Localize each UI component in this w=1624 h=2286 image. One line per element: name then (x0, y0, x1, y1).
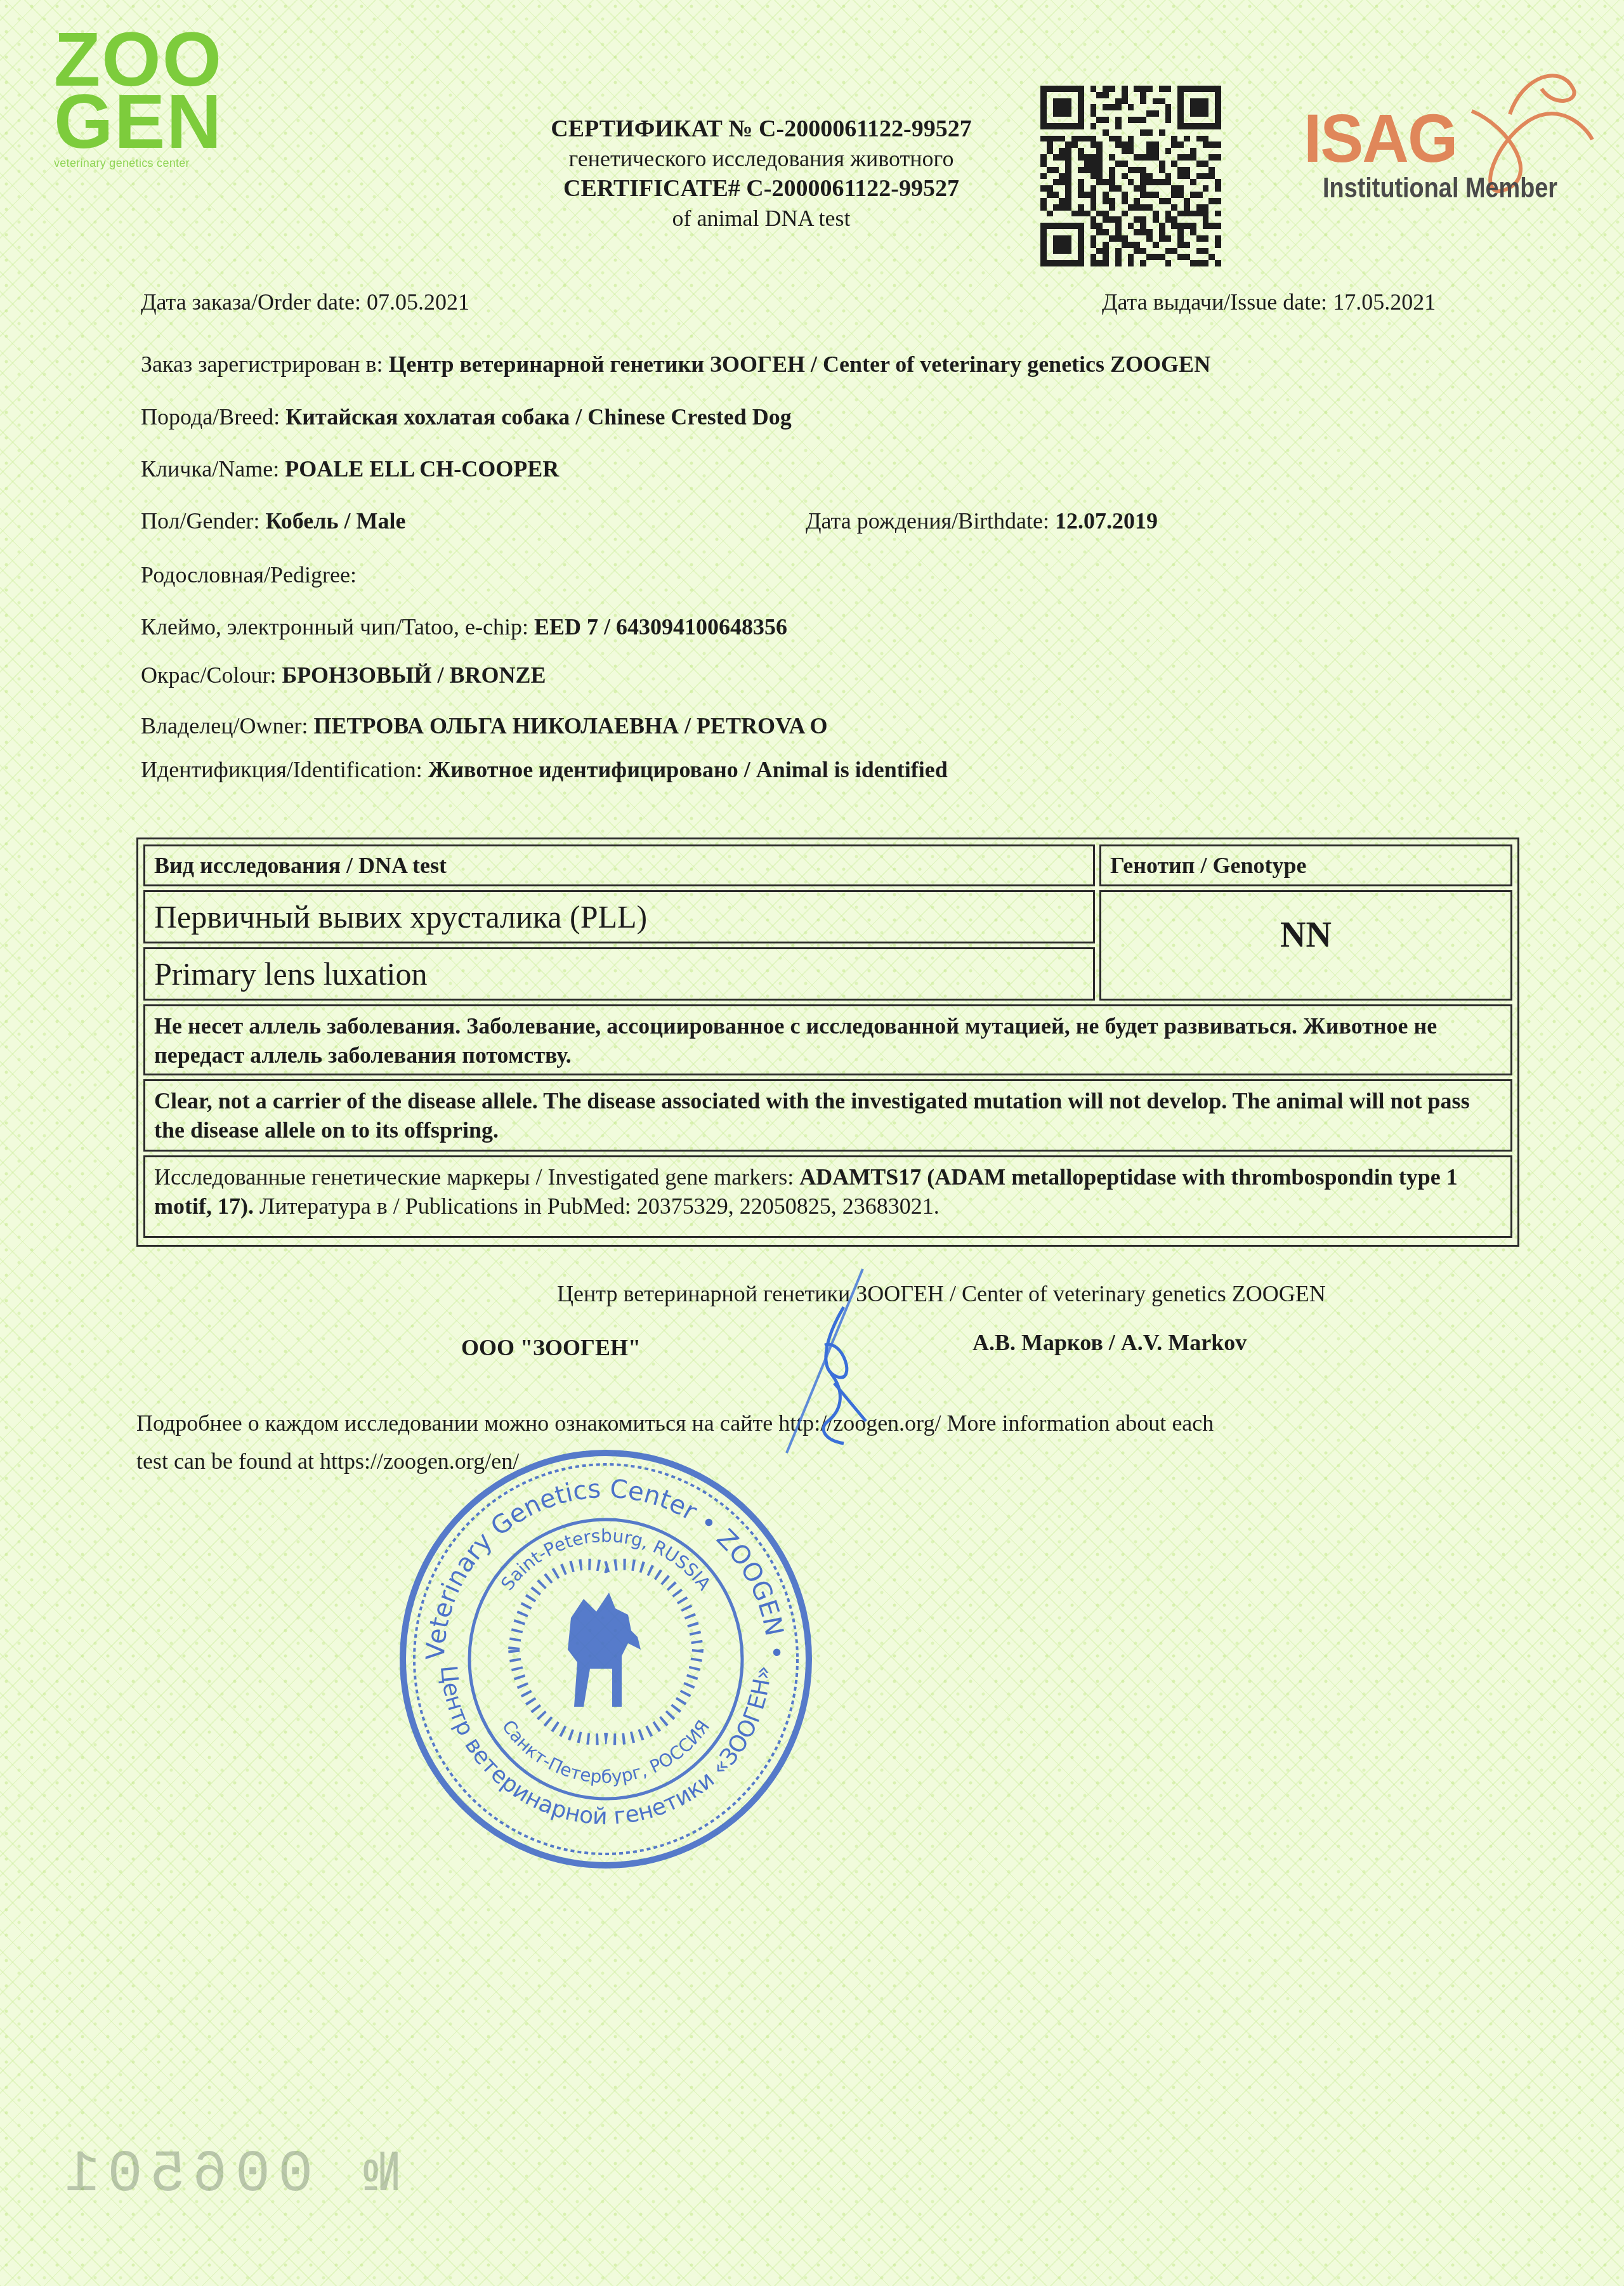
name-row: Кличка/Name: POALE ELL CH-COOPER (141, 456, 559, 482)
name-value: POALE ELL CH-COOPER (285, 456, 559, 482)
svg-text:Saint-Petersburg, RUSSIA: Saint-Petersburg, RUSSIA (497, 1525, 715, 1594)
order-date-value: 07.05.2021 (367, 289, 469, 315)
certificate-title: СЕРТИФИКАТ № C-2000061122-99527 генетиче… (495, 114, 1028, 233)
order-date-row: Дата заказа/Order date: 07.05.2021 (141, 289, 469, 315)
logo-line-gen: GEN (54, 91, 251, 153)
colour-row: Окрас/Colour: БРОНЗОВЫЙ / BRONZE (141, 662, 546, 688)
header-dna-test: Вид исследования / DNA test (143, 844, 1095, 886)
info-line-1: Подробнее о каждом исследовании можно оз… (136, 1410, 1214, 1436)
pedigree-row: Родословная/Pedigree: (141, 562, 357, 588)
identification-label: Идентификция/Identification: (141, 757, 422, 782)
owner-value: ПЕТРОВА ОЛЬГА НИКОЛАЕВНА / PETROVA O (313, 713, 827, 739)
registered-label: Заказ зарегистрирован в: (141, 351, 383, 377)
gene-markers-cell: Исследованные генетические маркеры / Inv… (143, 1155, 1512, 1238)
chip-row: Клеймо, электронный чип/Tatoo, e-chip: E… (141, 614, 787, 640)
breed-value: Китайская хохлатая собака / Chinese Cres… (285, 404, 791, 430)
registered-row: Заказ зарегистрирован в: Центр ветеринар… (141, 351, 1210, 378)
genotype-result: NN (1099, 890, 1512, 1001)
issue-date-label: Дата выдачи/Issue date: (1102, 289, 1327, 315)
chip-value: EED 7 / 643094100648356 (534, 614, 787, 640)
title-en-subtitle: of animal DNA test (495, 204, 1028, 233)
serial-number: № 006501 (57, 2141, 398, 2208)
result-description-ru: Не несет аллель заболевания. Заболевание… (143, 1004, 1512, 1075)
order-date-label: Дата заказа/Order date: (141, 289, 361, 315)
title-ru-subtitle: генетического исследования животного (495, 144, 1028, 174)
owner-label: Владелец/Owner: (141, 713, 308, 739)
zoogen-logo: ZOO GEN veterinary genetics center (54, 29, 251, 170)
birthdate-row: Дата рождения/Birthdate: 12.07.2019 (806, 508, 1158, 534)
markers-label: Исследованные генетические маркеры / Inv… (154, 1164, 794, 1190)
title-en-number: CERTIFICATE# C-2000061122-99527 (495, 174, 1028, 204)
signer-name: А.В. Марков / A.V. Markov (972, 1329, 1247, 1356)
dna-test-table: Вид исследования / DNA test Генотип / Ge… (136, 838, 1519, 1247)
publications-label: Литература в / Publications in PubMed: (259, 1193, 631, 1219)
signature-icon (749, 1263, 952, 1466)
breed-row: Порода/Breed: Китайская хохлатая собака … (141, 404, 792, 430)
gender-row: Пол/Gender: Кобель / Male (141, 508, 405, 534)
name-label: Кличка/Name: (141, 456, 279, 482)
qr-code-icon (1040, 86, 1221, 266)
owner-row: Владелец/Owner: ПЕТРОВА ОЛЬГА НИКОЛАЕВНА… (141, 713, 827, 739)
header-genotype: Генотип / Genotype (1099, 844, 1512, 886)
pedigree-label: Родословная/Pedigree: (141, 562, 357, 588)
birthdate-value: 12.07.2019 (1055, 508, 1158, 534)
publications-value: 20375329, 22050825, 23683021. (637, 1193, 940, 1219)
test-name-en: Primary lens luxation (143, 947, 1095, 1001)
identification-row: Идентификция/Identification: Животное ид… (141, 756, 948, 783)
official-stamp-icon: Veterinary Genetics Center • ZOOGEN • Це… (387, 1440, 825, 1878)
identification-value: Животное идентифицировано / Animal is id… (428, 757, 948, 782)
issue-date-value: 17.05.2021 (1333, 289, 1436, 315)
registered-value: Центр ветеринарной генетики ЗООГЕН / Cen… (389, 351, 1211, 377)
gender-value: Кобель / Male (265, 508, 405, 534)
gender-label: Пол/Gender: (141, 508, 259, 534)
isag-member-label: Institutional Member (1323, 173, 1557, 204)
title-ru-number: СЕРТИФИКАТ № C-2000061122-99527 (495, 114, 1028, 144)
company-name: ООО "ЗООГЕН" (461, 1334, 641, 1361)
colour-value: БРОНЗОВЫЙ / BRONZE (282, 662, 546, 688)
breed-label: Порода/Breed: (141, 404, 280, 430)
test-name-ru: Первичный вывих хрусталика (PLL) (143, 890, 1095, 943)
chip-label: Клеймо, электронный чип/Tatoo, e-chip: (141, 614, 528, 640)
issue-date-row: Дата выдачи/Issue date: 17.05.2021 (1102, 289, 1436, 315)
isag-name: ISAG (1304, 100, 1457, 178)
birthdate-label: Дата рождения/Birthdate: (806, 508, 1049, 534)
colour-label: Окрас/Colour: (141, 662, 276, 688)
result-description-en: Clear, not a carrier of the disease alle… (143, 1079, 1512, 1152)
svg-text:Центр ветеринарной генетики «З: Центр ветеринарной генетики «ЗООГЕН» (435, 1664, 776, 1830)
